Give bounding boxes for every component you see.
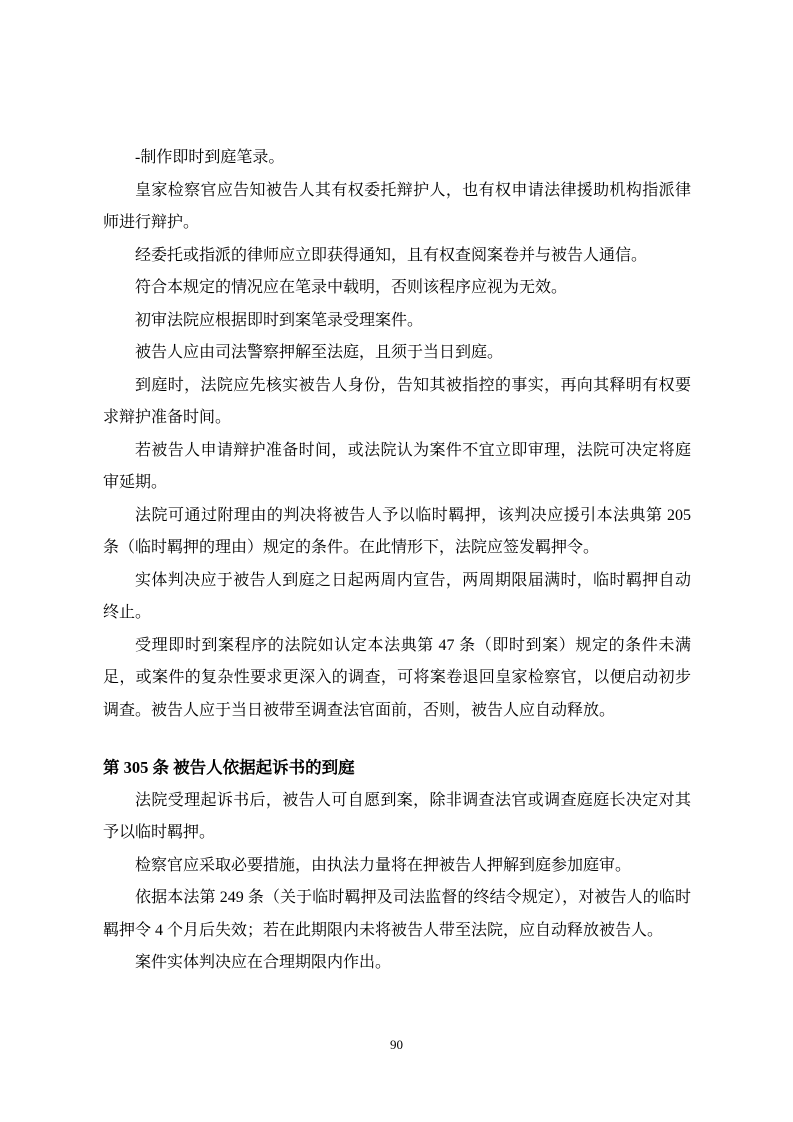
article-heading: 第 305 条 被告人依据起诉书的到庭 <box>103 752 691 785</box>
body-paragraph: 检察官应采取必要措施，由执法力量将在押被告人押解到庭参加庭审。 <box>103 850 691 883</box>
body-paragraph: 符合本规定的情况应在笔录中载明，否则该程序应视为无效。 <box>103 272 691 305</box>
page-footer: 90 <box>0 1036 793 1054</box>
body-paragraph: 实体判决应于被告人到庭之日起两周内宣告，两周期限届满时，临时羁押自动终止。 <box>103 565 691 630</box>
body-paragraph: 经委托或指派的律师应立即获得通知，且有权查阅案卷并与被告人通信。 <box>103 240 691 273</box>
body-paragraph: -制作即时到庭笔录。 <box>103 142 691 175</box>
body-paragraph: 到庭时，法院应先核实被告人身份，告知其被指控的事实，再向其释明有权要求辩护准备时… <box>103 370 691 435</box>
body-paragraph: 法院可通过附理由的判决将被告人予以临时羁押，该判决应援引本法典第 205 条（临… <box>103 500 691 565</box>
body-paragraph: 受理即时到案程序的法院如认定本法典第 47 条（即时到案）规定的条件未满足，或案… <box>103 630 691 728</box>
document-page: -制作即时到庭笔录。皇家检察官应告知被告人其有权委托辩护人，也有权申请法律援助机… <box>0 0 793 1122</box>
body-paragraph: 若被告人申请辩护准备时间，或法院认为案件不宜立即审理，法院可决定将庭审延期。 <box>103 435 691 500</box>
document-body: -制作即时到庭笔录。皇家检察官应告知被告人其有权委托辩护人，也有权申请法律援助机… <box>103 142 691 980</box>
body-paragraph: 案件实体判决应在合理期限内作出。 <box>103 947 691 980</box>
body-paragraph: 初审法院应根据即时到案笔录受理案件。 <box>103 305 691 338</box>
body-paragraph: 法院受理起诉书后，被告人可自愿到案，除非调查法官或调查庭庭长决定对其予以临时羁押… <box>103 785 691 850</box>
body-paragraph: 皇家检察官应告知被告人其有权委托辩护人，也有权申请法律援助机构指派律师进行辩护。 <box>103 175 691 240</box>
body-paragraph: 依据本法第 249 条（关于临时羁押及司法监督的终结令规定），对被告人的临时羁押… <box>103 882 691 947</box>
body-paragraph: 被告人应由司法警察押解至法庭，且须于当日到庭。 <box>103 337 691 370</box>
page-number: 90 <box>390 1037 403 1052</box>
